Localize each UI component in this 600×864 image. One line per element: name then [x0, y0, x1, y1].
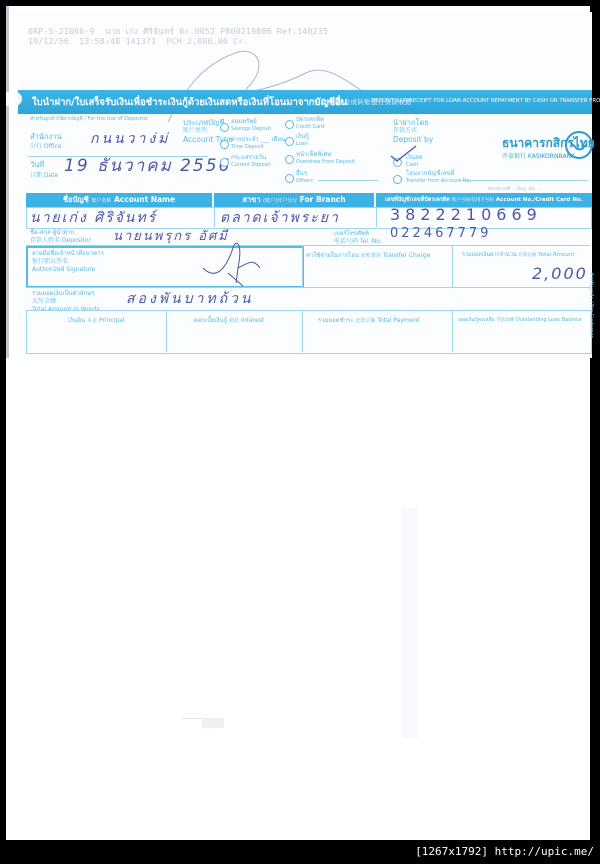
office-label-en: 分行 Office	[30, 143, 61, 150]
scan-artifact	[182, 718, 202, 719]
header-th: สาขา	[242, 195, 260, 204]
header-th: เลขที่บัญชี/เลขที่บัตรเครดิต	[385, 197, 450, 203]
side-note: สำหรับลูกค้า / For Customer	[587, 272, 594, 338]
branch-value: ตลาดเจ้าพระยา	[220, 207, 340, 229]
account-type-label-th: ประเภทบัญชี	[183, 118, 225, 127]
office-label-th: สำนักงาน	[30, 132, 61, 141]
option-loan-en: Loan	[296, 141, 308, 148]
radio-savings[interactable]	[220, 123, 229, 132]
account-name-header: ชื่อบัญชี 账户名称 Account Name	[26, 193, 212, 207]
radio-transfer[interactable]	[393, 175, 402, 184]
deposit-slip: 0RP-5-21066-9 นาย เก่ง ศิริจันทร์ Br.005…	[18, 12, 592, 358]
divider	[166, 310, 167, 352]
divider	[376, 207, 377, 227]
header-en: For Branch	[300, 195, 346, 204]
option-credit-card-en: Credit Card	[296, 124, 324, 131]
radio-overdraw[interactable]	[285, 155, 294, 164]
col-th: ยอดเงินกู้คงเหลือ	[458, 317, 495, 323]
col-en: Outstanding Loan Balance	[516, 317, 582, 323]
col-th: รวมยอดชำระ	[318, 317, 353, 324]
header-en: Account No./Credit Card No.	[496, 197, 583, 203]
header-en: Account Name	[114, 195, 175, 204]
image-host-watermark: [1267x1792] http://upic.me/	[415, 845, 594, 858]
col-total-payment: รวมยอดชำระ 还款总额 Total Payment	[318, 317, 420, 325]
col-principal: เงินต้น 本金 Principal	[68, 317, 125, 325]
label-en: Total Amount	[538, 252, 574, 258]
radio-time-deposit[interactable]	[220, 140, 229, 149]
depositor-label-en: 存款人姓名 Depositor	[30, 237, 91, 244]
printed-line-1: 0RP-5-21066-9 นาย เก่ง ศิริจันทร์ Br.005…	[28, 26, 328, 36]
col-th: เงินต้น	[68, 317, 85, 324]
bank-name-english: 开泰银行 KASIKORNBANK	[502, 151, 575, 160]
col-outstanding-balance: ยอดเงินกู้คงเหลือ 贷款余额 Outstanding Loan …	[458, 317, 582, 324]
option-overdraw-th: หน้าเช็คพิเศษ	[296, 151, 331, 158]
account-type-label-cn: 账户类型	[183, 127, 207, 134]
label-th: รวมยอดเงินฝากจำนวน	[462, 252, 517, 258]
option-current-en: Current Deposit	[231, 162, 270, 169]
radio-loan[interactable]	[285, 137, 294, 146]
others-line	[318, 180, 378, 181]
depositor-label-th: ชื่อ-สกุล ผู้นำฝาก	[30, 229, 74, 236]
total-amount-label: รวมยอดเงินฝากจำนวน 存款总额 Total Amount	[462, 252, 574, 259]
option-time-deposit-th: ฝากประจำ ___ เดือน	[231, 136, 285, 143]
auth-sig-label-cn: 银行职员签名	[32, 258, 68, 265]
transfer-account-line	[458, 180, 588, 181]
divider	[26, 287, 590, 288]
col-cn: 贷款余额	[496, 318, 514, 323]
total-in-words-value: สองพันบาทถ้วน	[126, 288, 253, 310]
col-cn: 还款总额	[355, 318, 375, 324]
col-en: Interest	[241, 317, 264, 324]
option-overdraw-en: Overdraw From Deposit	[296, 159, 355, 166]
option-time-deposit-en: Time Deposit	[231, 144, 264, 151]
divider	[452, 245, 453, 287]
authorized-signature-scribble	[198, 238, 268, 288]
option-savings-en: Savings Deposit	[231, 126, 271, 133]
scan-artifact	[202, 718, 224, 728]
label-th: ค่าใช้จ่ายในการโอน	[306, 252, 359, 259]
header-cn: (账户)开户分行	[263, 198, 297, 204]
option-current-th: กระแสรายวัน	[231, 154, 266, 161]
option-cash-th: เงินสด	[406, 154, 423, 161]
header-th: ชื่อบัญชี	[63, 195, 89, 204]
words-label-cn: 大写金额	[32, 298, 56, 305]
label-cn: 转账费用	[361, 253, 381, 259]
radio-others[interactable]	[285, 174, 294, 183]
title-thai: ใบนำฝาก/ใบเสร็จรับเงินเพื่อชำระเงินกู้ด้…	[32, 95, 347, 110]
title-english: DEPOSIT SLIP/RECEIPT FOR LOAN ACCOUNT RE…	[371, 98, 600, 104]
branch-header: สาขา (账户)开户分行 For Branch	[214, 193, 374, 207]
col-interest: ดอกเบี้ยเงินกู้ 利息 Interest	[194, 317, 264, 325]
deposit-by-label-cn: 存款方式	[393, 127, 417, 134]
bank-flag-icon	[6, 92, 22, 106]
label-cn: 存款总额	[518, 253, 536, 258]
total-amount-value: 2,000	[532, 264, 588, 283]
option-transfer-th: โอนจากบัญชีเลขที่	[406, 170, 454, 177]
header-cn: 账户号码/信用卡号码	[452, 198, 494, 203]
header-cn: 账户名称	[91, 198, 111, 204]
deposit-by-label-en: Deposit by	[393, 135, 433, 144]
col-en: Principal	[99, 317, 125, 324]
slip-title-banner: ใบนำฝาก/ใบเสร็จรับเงินเพื่อชำระเงินกู้ด้…	[18, 90, 592, 114]
transfer-charge-label: ค่าใช้จ่ายในการโอน 转账费用 Transfer Charge	[306, 252, 430, 260]
tel-value: 022467779	[390, 226, 491, 241]
words-label-th: รวมยอดเงินเป็นตัวอักษร	[32, 290, 94, 297]
col-cn: 利息	[229, 318, 239, 324]
date-label-en: 日期 Date	[30, 172, 58, 179]
scan-artifact	[402, 508, 418, 738]
divider	[214, 207, 215, 227]
label-en: Transfer Charge	[383, 252, 431, 259]
tel-label-en: 电话号码 Tel. No.	[334, 238, 382, 245]
radio-credit-card[interactable]	[285, 120, 294, 129]
option-loan-th: เงินกู้	[296, 133, 309, 140]
page-edge-shadow	[6, 6, 9, 358]
office-value: กนนวาง่ม่	[90, 128, 170, 150]
account-number-value: 3822210669	[390, 205, 542, 224]
date-value: 19 ธันวาคม 2556	[64, 152, 231, 179]
kasikorn-leaf-logo-icon	[565, 131, 593, 159]
auth-sig-label-en: Authorized Signature	[32, 266, 95, 273]
tel-label-th: เบอร์โทรศัพท์	[334, 230, 369, 237]
divider	[302, 245, 303, 287]
option-savings-th: ออมทรัพย์	[231, 118, 257, 125]
radio-current[interactable]	[220, 158, 229, 167]
option-others-th: อื่นๆ	[296, 170, 307, 177]
option-others-en: Others	[296, 178, 313, 185]
col-cn: 本金	[87, 318, 97, 324]
deposit-by-label-th: นำฝากโดย	[393, 118, 429, 127]
col-en: Total Payment	[377, 317, 419, 324]
scanned-page: 0RP-5-21066-9 นาย เก่ง ศิริจันทร์ Br.005…	[6, 6, 590, 840]
option-credit-card-th: บัตรเครดิต	[296, 116, 324, 123]
date-label-th: วันที่	[30, 160, 44, 169]
col-th: ดอกเบี้ยเงินกู้	[194, 317, 227, 324]
divider	[302, 310, 303, 352]
option-cash-en: Cash	[406, 162, 418, 169]
header-note: สำหรับลูกค้าใช้ฝากบัญชี / For the Use of…	[30, 116, 148, 123]
auth-sig-label-th: ลายมือชื่อเจ้าหน้าที่ธนาคาร	[32, 250, 104, 257]
form-code: หน่วยงานที่ ... Reg. No. ...	[488, 186, 542, 193]
divider	[452, 310, 453, 352]
